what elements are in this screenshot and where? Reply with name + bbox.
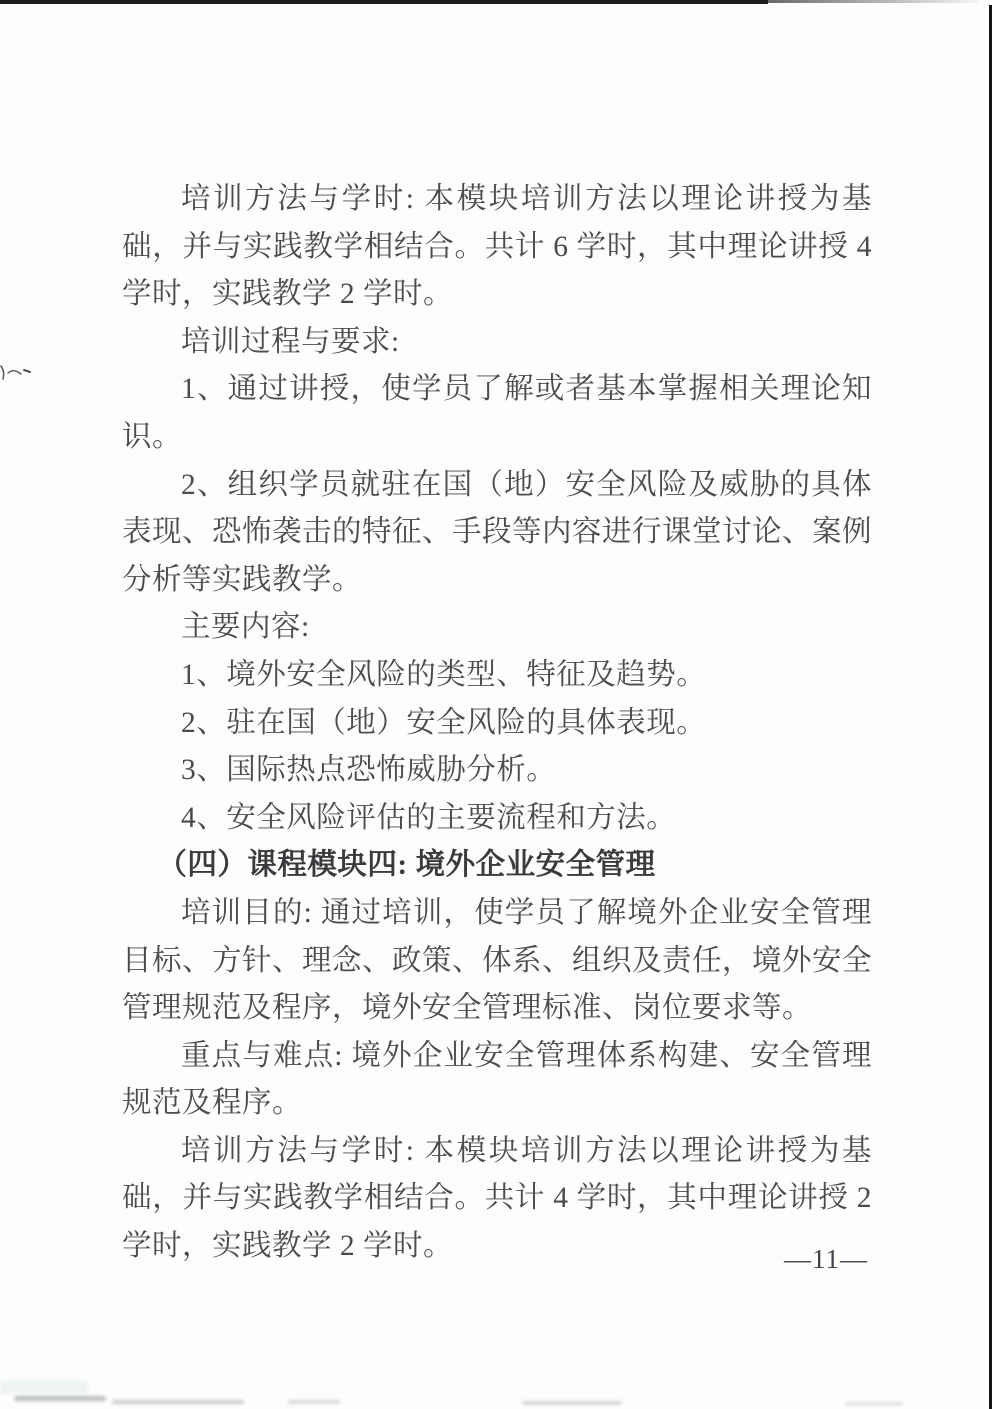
scan-smudge xyxy=(288,1400,340,1404)
scanned-document-page: 培训方法与学时: 本模块培训方法以理论讲授为基础，并与实践教学相结合。共计 6 … xyxy=(0,0,992,1409)
paragraph-main-content-heading: 主要内容: xyxy=(122,604,872,652)
module-four-heading: （四）课程模块四: 境外企业安全管理 xyxy=(122,842,872,890)
handwritten-mark xyxy=(0,358,38,386)
paragraph-training-method-module4: 培训方法与学时: 本模块培训方法以理论讲授为基础，并与实践教学相结合。共计 4 … xyxy=(122,1128,872,1271)
paragraph-training-purpose: 培训目的: 通过培训，使学员了解境外企业安全管理目标、方针、理念、政策、体系、组… xyxy=(122,890,872,1033)
paragraph-content-item-1: 1、境外安全风险的类型、特征及趋势。 xyxy=(122,652,872,700)
paragraph-content-item-3: 3、国际热点恐怖威胁分析。 xyxy=(122,747,872,795)
paragraph-key-difficult-points: 重点与难点: 境外企业安全管理体系构建、安全管理规范及程序。 xyxy=(122,1033,872,1128)
paragraph-content-item-4: 4、安全风险评估的主要流程和方法。 xyxy=(122,795,872,843)
scan-smudge xyxy=(0,1380,88,1394)
page-number: —11— xyxy=(784,1244,868,1274)
scan-smudge xyxy=(522,1401,622,1405)
paragraph-content-item-2: 2、驻在国（地）安全风险的具体表现。 xyxy=(122,700,872,748)
scan-smudge xyxy=(845,1402,903,1405)
scan-smudge xyxy=(112,1400,244,1404)
paragraph-process-item-1: 1、通过讲授，使学员了解或者基本掌握相关理论知识。 xyxy=(122,366,872,461)
scan-edge-top xyxy=(0,0,768,4)
scan-smudge xyxy=(14,1396,106,1401)
paragraph-training-process-heading: 培训过程与要求: xyxy=(122,319,872,367)
paragraph-training-method-module3: 培训方法与学时: 本模块培训方法以理论讲授为基础，并与实践教学相结合。共计 6 … xyxy=(122,176,872,319)
scan-edge-top-fade xyxy=(768,0,978,3)
document-body: 培训方法与学时: 本模块培训方法以理论讲授为基础，并与实践教学相结合。共计 6 … xyxy=(122,176,872,1271)
paragraph-process-item-2: 2、组织学员就驻在国（地）安全风险及威胁的具体表现、恐怖袭击的特征、手段等内容进… xyxy=(122,462,872,605)
